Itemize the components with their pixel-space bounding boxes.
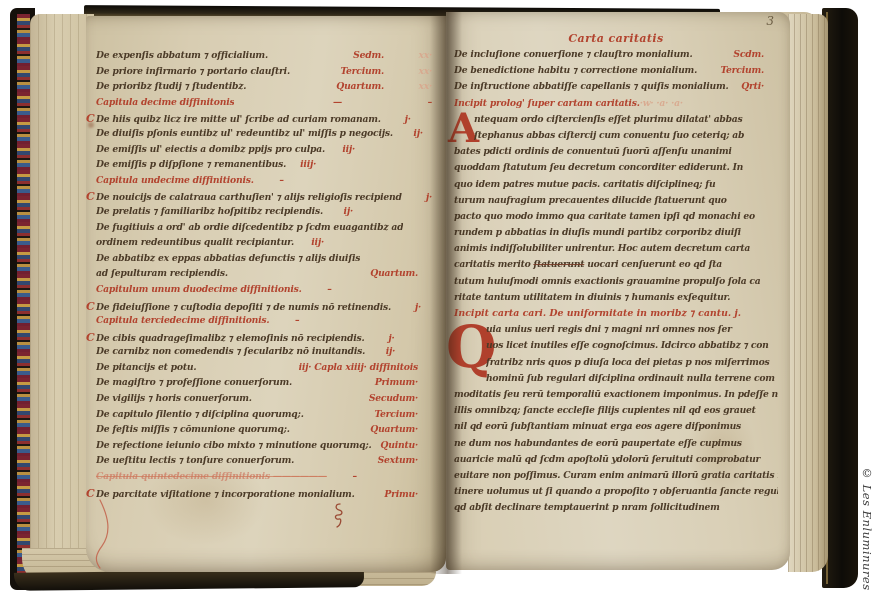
- chapter-number: iiij·: [286, 159, 316, 170]
- manuscript-text-line: caritatis merito ſtatuerunt uocari cenſu…: [454, 259, 778, 275]
- capitula-line: De inſtructione abbatiſſe capellanis ⁊ q…: [454, 81, 778, 97]
- chapter-number: –: [254, 175, 284, 186]
- capitula-line: Capitula quintedecime diffinitionis ————…: [96, 471, 432, 487]
- manuscript-text-line: nil qd eorū ſubſtantiam minuat erga eos …: [454, 421, 778, 437]
- manuscript-text-line: quoddam ſtatutum ſeu decretum concordite…: [454, 162, 778, 178]
- manuscript-text-line: animis indiſſolubiliter unirentur. Hoc a…: [454, 243, 778, 259]
- manuscript-text-line: ſtephanus abbas ciſtercij cum conuentu ſ…: [474, 130, 778, 146]
- chapter-ref: Qrti·: [741, 81, 778, 92]
- manuscript-text-line: fratribz nris quos p diuſa loca dei piet…: [486, 357, 778, 373]
- chapter-ref: Quartum·: [370, 424, 432, 435]
- line-text: bates pdicti ordinis de conuentuū ſuorū …: [454, 146, 732, 157]
- line-text: De fideiuſſione ⁊ cuſtodia depoſiti ⁊ de…: [96, 302, 391, 313]
- chapter-number: j·: [391, 302, 421, 313]
- line-text: De hiis quibz licz ire mitte ul' ſcribe …: [96, 114, 381, 125]
- capitula-list: De expenſis abbatum ⁊ officialium. Sedm.…: [96, 50, 432, 502]
- line-text: ritate tantum utilitatem in diuinis ⁊ hu…: [454, 292, 730, 303]
- capitula-line: C De parcitate viſitatione ⁊ incorporati…: [96, 487, 432, 503]
- line-text: nil qd eorū ſubſtantiam minuat erga eos …: [454, 421, 741, 432]
- chapter-ref: Quartum.: [336, 81, 398, 92]
- line-text: Capitulum unum duodecime diffinitionis.: [96, 284, 302, 295]
- line-text: quo idem patres mutue pacis. caritatis d…: [454, 179, 715, 190]
- line-text: De pitancijs et potu.: [96, 362, 196, 373]
- line-text: De diuiſis pſonis euntibz ul' redeuntibz…: [96, 128, 393, 139]
- carta-lines: uia unius ueri regis dni ⁊ magni nri omn…: [454, 324, 778, 518]
- chapter-ref: Quartum.: [370, 268, 432, 279]
- chapter-ref: Sextum·: [378, 455, 432, 466]
- manuscript-text-line: auaricie malū qd ſcdm apoſtolū ydolorū ſ…: [454, 454, 778, 470]
- chapter-ref: Primum·: [375, 377, 432, 388]
- chapter-ref: iij· Capla xiiij· diffinitois: [299, 362, 432, 373]
- line-text: animis indiſſolubiliter unirentur. Hoc a…: [454, 243, 750, 254]
- illuminated-initial-Q: Q: [446, 324, 486, 373]
- line-text: De feſtis miſſis ⁊ cōmunione quorumq;.: [96, 424, 290, 435]
- chapter-ref: Scdm.: [733, 49, 778, 60]
- capitula-line: Incipit prolog' ſuper cartam caritatis. …: [454, 98, 778, 114]
- capitula-line: De feſtis miſſis ⁊ cōmunione quorumq;. Q…: [96, 424, 432, 440]
- capitula-line: Capitula terciedecime diffinitionis. –: [96, 315, 432, 331]
- line-text: De abbatibz ex eppas abbatias defunctis …: [96, 253, 360, 264]
- capitula-line: ad ſepulturam recipiendis. Quartum.: [96, 268, 432, 284]
- page-stack-right-edge: [788, 14, 828, 572]
- chapter-ref: Tercium·: [374, 409, 432, 420]
- manuscript-text-line: pacto quo modo immo qua caritate tamen i…: [454, 211, 778, 227]
- chapter-number: –: [302, 284, 332, 295]
- line-text: turum naufragium precauentes dilucide ſt…: [454, 195, 727, 206]
- line-text: tinere uolumus ut ſi quando a propoſito …: [454, 486, 778, 497]
- capitula-list-continued: De incluſione conuerſione ⁊ clauſtro mon…: [454, 49, 778, 114]
- capitula-line: De refectione ieiunio cibo mixto ⁊ minut…: [96, 440, 432, 456]
- capitula-line: Capitula decime diffinitonis — –: [96, 97, 432, 113]
- paragraph-mark: C: [86, 300, 96, 313]
- prologue-paragraph: A ntequam ordo ciſtercienſis eſſet pluri…: [454, 114, 778, 308]
- line-text: Capitula decime diffinitonis: [96, 97, 234, 108]
- line-text: De emiſſis ul' eiectis a domibz ppijs pr…: [96, 144, 325, 155]
- binding-bottom-edge: [14, 569, 364, 591]
- line-text: De emiſſis p diſpſione ⁊ remanentibus.: [96, 159, 286, 170]
- chapter-number: j·: [365, 333, 395, 344]
- capitula-line: De vigilijs ⁊ horis conuerſorum. Secudum…: [96, 393, 432, 409]
- manuscript-text-line: tutum huiuſmodi omnis exactionis grauami…: [454, 276, 778, 292]
- chapter-number: ij·: [393, 128, 423, 139]
- prologue-lines: ntequam ordo ciſtercienſis eſſet plurimu…: [454, 114, 778, 308]
- chapter-number: j·: [381, 114, 411, 125]
- line-text: De incluſione conuerſione ⁊ clauſtro mon…: [454, 49, 692, 60]
- manuscript-text-line: ne dum nos habundantes de eorū paupertat…: [454, 438, 778, 454]
- capitula-line: De prioribz ſtudij ⁊ ſtudentibz. Quartum…: [96, 81, 432, 97]
- capitula-line: C De fideiuſſione ⁊ cuſtodia depoſiti ⁊ …: [96, 300, 432, 316]
- capitula-line: De abbatibz ex eppas abbatias defunctis …: [96, 253, 432, 269]
- chapter-number: –: [402, 97, 432, 108]
- pilcrow-flourish: [90, 498, 116, 572]
- chapter-ref: Secudum·: [369, 393, 432, 404]
- manuscript-text-line: tinere uolumus ut ſi quando a propoſito …: [454, 486, 778, 502]
- chapter-number: iij·: [294, 237, 324, 248]
- paragraph-mark: C: [86, 112, 96, 125]
- line-text: qd abſit declinare temptauerint p nram ſ…: [454, 502, 720, 513]
- capitula-line: De emiſſis p diſpſione ⁊ remanentibus. i…: [96, 159, 432, 175]
- left-page: De expenſis abbatum ⁊ officialium. Sedm.…: [86, 16, 446, 572]
- line-text-after: uocari cenſuerunt eo qd ſta: [584, 259, 722, 270]
- manuscript-photo: De expenſis abbatum ⁊ officialium. Sedm.…: [0, 0, 892, 600]
- capitula-line: De priore infirmario ⁊ portario clauſtri…: [96, 66, 432, 82]
- chapter-number: –: [327, 471, 357, 482]
- page-title-rubric: Carta caritatis: [454, 32, 778, 49]
- manuscript-text-line: turum naufragium precauentes dilucide ſt…: [454, 195, 778, 211]
- struck-word: ſtatuerunt: [533, 259, 584, 270]
- capitula-line: C De cibis quadrageſimalibz ⁊ elemoſinis…: [96, 331, 432, 347]
- line-text: De carnibz non comedendis ⁊ ſecularibz n…: [96, 346, 365, 357]
- line-text: illis omnibzq; ſancte eccleſie filijs cu…: [454, 405, 756, 416]
- line-text: moditatis ſeu rerū temporaliū exactionem…: [454, 389, 778, 400]
- line-text: De inſtructione abbatiſſe capellanis ⁊ q…: [454, 81, 728, 92]
- line-text: ntequam ordo ciſtercienſis eſſet plurimu…: [474, 114, 742, 125]
- manuscript-text-line: hominū ſub regulari diſciplina ordinauit…: [486, 373, 778, 389]
- manuscript-text-line: uia unius ueri regis dni ⁊ magni nri omn…: [486, 324, 778, 340]
- line-text: Capitula terciedecime diffinitionis.: [96, 315, 269, 326]
- line-text: De priore infirmario ⁊ portario clauſtri…: [96, 66, 290, 77]
- photo-credit: © Les Enluminures: [860, 466, 874, 600]
- chapter-number: ·w· ·a· ·a·: [640, 98, 683, 109]
- line-text: quoddam ſtatutum ſeu decretum concordite…: [454, 162, 743, 173]
- capitula-line: C De nouicijs de calatraua carthuſien' ⁊…: [96, 190, 432, 206]
- manuscript-text-line: rundem p abbatias in diuſis mundi partib…: [454, 227, 778, 243]
- line-text: De expenſis abbatum ⁊ officialium.: [96, 50, 268, 61]
- line-text: De prelatis ⁊ familiaribz hoſpitibz reci…: [96, 206, 323, 217]
- line-text: ne dum nos habundantes de eorū paupertat…: [454, 438, 742, 449]
- capitula-line: De prelatis ⁊ familiaribz hoſpitibz reci…: [96, 206, 432, 222]
- capitula-line: De ueſtitu lectis ⁊ tonſure conuerſorum.…: [96, 455, 432, 471]
- manuscript-text-line: ritate tantum utilitatem in diuinis ⁊ hu…: [454, 292, 778, 308]
- line-text: Capitula quintedecime diffinitionis ————…: [96, 471, 327, 482]
- chapter-ref: —: [333, 97, 402, 108]
- right-page: 3 Carta caritatis De incluſione conuerſi…: [446, 12, 790, 570]
- line-text: De magiſtro ⁊ profeſſione conuerſorum.: [96, 377, 292, 388]
- carta-paragraph: Q uia unius ueri regis dni ⁊ magni nri o…: [454, 324, 778, 518]
- line-text: De capitulo ſilentio ⁊ diſciplina quorum…: [96, 409, 304, 420]
- capitula-line: ordinem redeuntibus qualit recipiantur. …: [96, 237, 432, 253]
- line-text: Incipit prolog' ſuper cartam caritatis.: [454, 98, 640, 109]
- manuscript-text-line: ntequam ordo ciſtercienſis eſſet plurimu…: [474, 114, 778, 130]
- line-text: ſtephanus abbas ciſtercij cum conuentu ſ…: [474, 130, 744, 141]
- line-text: De benedictione habitu ⁊ correctione mon…: [454, 65, 697, 76]
- capitula-line: De capitulo ſilentio ⁊ diſciplina quorum…: [96, 409, 432, 425]
- line-text: tutum huiuſmodi omnis exactionis grauami…: [454, 276, 760, 287]
- line-text: De parcitate viſitatione ⁊ incorporation…: [96, 489, 355, 500]
- chapter-ref: Tercium.: [720, 65, 778, 76]
- paragraph-mark: C: [86, 331, 96, 344]
- line-text: ad ſepulturam recipiendis.: [96, 268, 228, 279]
- capitula-line: De fugitiuis a ord' ab ordie diſcedentib…: [96, 222, 432, 238]
- line-text: De fugitiuis a ord' ab ordie diſcedentib…: [96, 222, 403, 233]
- chapter-ref: Quintu·: [380, 440, 432, 451]
- capitula-line: C De hiis quibz licz ire mitte ul' ſcrib…: [96, 112, 432, 128]
- line-text: De cibis quadrageſimalibz ⁊ elemoſinis n…: [96, 333, 365, 344]
- manuscript-text-line: qd abſit declinare temptauerint p nram ſ…: [454, 502, 778, 518]
- line-text: euitare non poſſimus. Curam enim animarū…: [454, 470, 778, 481]
- line-text: caritatis merito: [454, 259, 533, 270]
- line-text: uia unius ueri regis dni ⁊ magni nri omn…: [486, 324, 732, 335]
- line-text: De prioribz ſtudij ⁊ ſtudentibz.: [96, 81, 246, 92]
- chapter-number: xx·: [398, 50, 432, 61]
- capitula-line: De incluſione conuerſione ⁊ clauſtro mon…: [454, 49, 778, 65]
- chapter-number: j·: [402, 192, 432, 203]
- line-text: De ueſtitu lectis ⁊ tonſure conuerſorum.: [96, 455, 294, 466]
- capitula-line: De diuiſis pſonis euntibz ul' redeuntibz…: [96, 128, 432, 144]
- chapter-number: xx·: [398, 81, 432, 92]
- capitula-line: De pitancijs et potu. iij· Capla xiiij· …: [96, 362, 432, 378]
- capitula-line: Capitula undecime diffinitionis. –: [96, 175, 432, 191]
- quire-signature-mark: [332, 502, 348, 530]
- capitula-line: De carnibz non comedendis ⁊ ſecularibz n…: [96, 346, 432, 362]
- line-text: De refectione ieiunio cibo mixto ⁊ minut…: [96, 440, 372, 451]
- line-text: uos licet inutiles eſſe cognoſcimus. Idc…: [486, 340, 769, 351]
- chapter-ref: Primu·: [384, 489, 432, 500]
- capitula-line: De magiſtro ⁊ profeſſione conuerſorum. P…: [96, 377, 432, 393]
- line-text: fratribz nris quos p diuſa loca dei piet…: [486, 357, 769, 368]
- folio-number: 3: [766, 14, 774, 28]
- capitula-line: De benedictione habitu ⁊ correctione mon…: [454, 65, 778, 81]
- line-text: rundem p abbatias in diuſis mundi partib…: [454, 227, 741, 238]
- paragraph-mark: C: [86, 190, 96, 203]
- line-text: Capitula undecime diffinitionis.: [96, 175, 254, 186]
- capitula-line: De expenſis abbatum ⁊ officialium. Sedm.…: [96, 50, 432, 66]
- line-text: auaricie malū qd ſcdm apoſtolū ydolorū ſ…: [454, 454, 760, 465]
- chapter-ref: Tercium.: [340, 66, 398, 77]
- chapter-number: ij·: [365, 346, 395, 357]
- illuminated-initial-A: A: [448, 114, 474, 146]
- capitula-line: Capitulum unum duodecime diffinitionis. …: [96, 284, 432, 300]
- decorated-fore-edge: [17, 14, 30, 584]
- line-text: De vigilijs ⁊ horis conuerſorum.: [96, 393, 252, 404]
- line-text: ordinem redeuntibus qualit recipiantur.: [96, 237, 294, 248]
- manuscript-text-line: bates pdicti ordinis de conuentuū ſuorū …: [454, 146, 778, 162]
- manuscript-text-line: uos licet inutiles eſſe cognoſcimus. Idc…: [486, 340, 778, 356]
- chapter-number: –: [269, 315, 299, 326]
- manuscript-text-line: moditatis ſeu rerū temporaliū exactionem…: [454, 389, 778, 405]
- chapter-number: iij·: [325, 144, 355, 155]
- line-text: pacto quo modo immo qua caritate tamen i…: [454, 211, 755, 222]
- chapter-number: xx·: [398, 66, 432, 77]
- capitula-line: De emiſſis ul' eiectis a domibz ppijs pr…: [96, 144, 432, 160]
- chapter-ref: Sedm.: [353, 50, 398, 61]
- manuscript-text-line: euitare non poſſimus. Curam enim animarū…: [454, 470, 778, 486]
- page-stack-left-edge: [30, 14, 94, 580]
- manuscript-text-line: illis omnibzq; ſancte eccleſie filijs cu…: [454, 405, 778, 421]
- right-page-text: Carta caritatis De incluſione conuerſion…: [454, 32, 778, 518]
- line-text: hominū ſub regulari diſciplina ordinauit…: [486, 373, 775, 384]
- manuscript-text-line: quo idem patres mutue pacis. caritatis d…: [454, 179, 778, 195]
- line-text: De nouicijs de calatraua carthuſien' ⁊ a…: [96, 192, 402, 203]
- chapter-number: ij·: [323, 206, 353, 217]
- carta-incipit-rubric: Incipit carta cari. De uniformitate in m…: [454, 308, 778, 324]
